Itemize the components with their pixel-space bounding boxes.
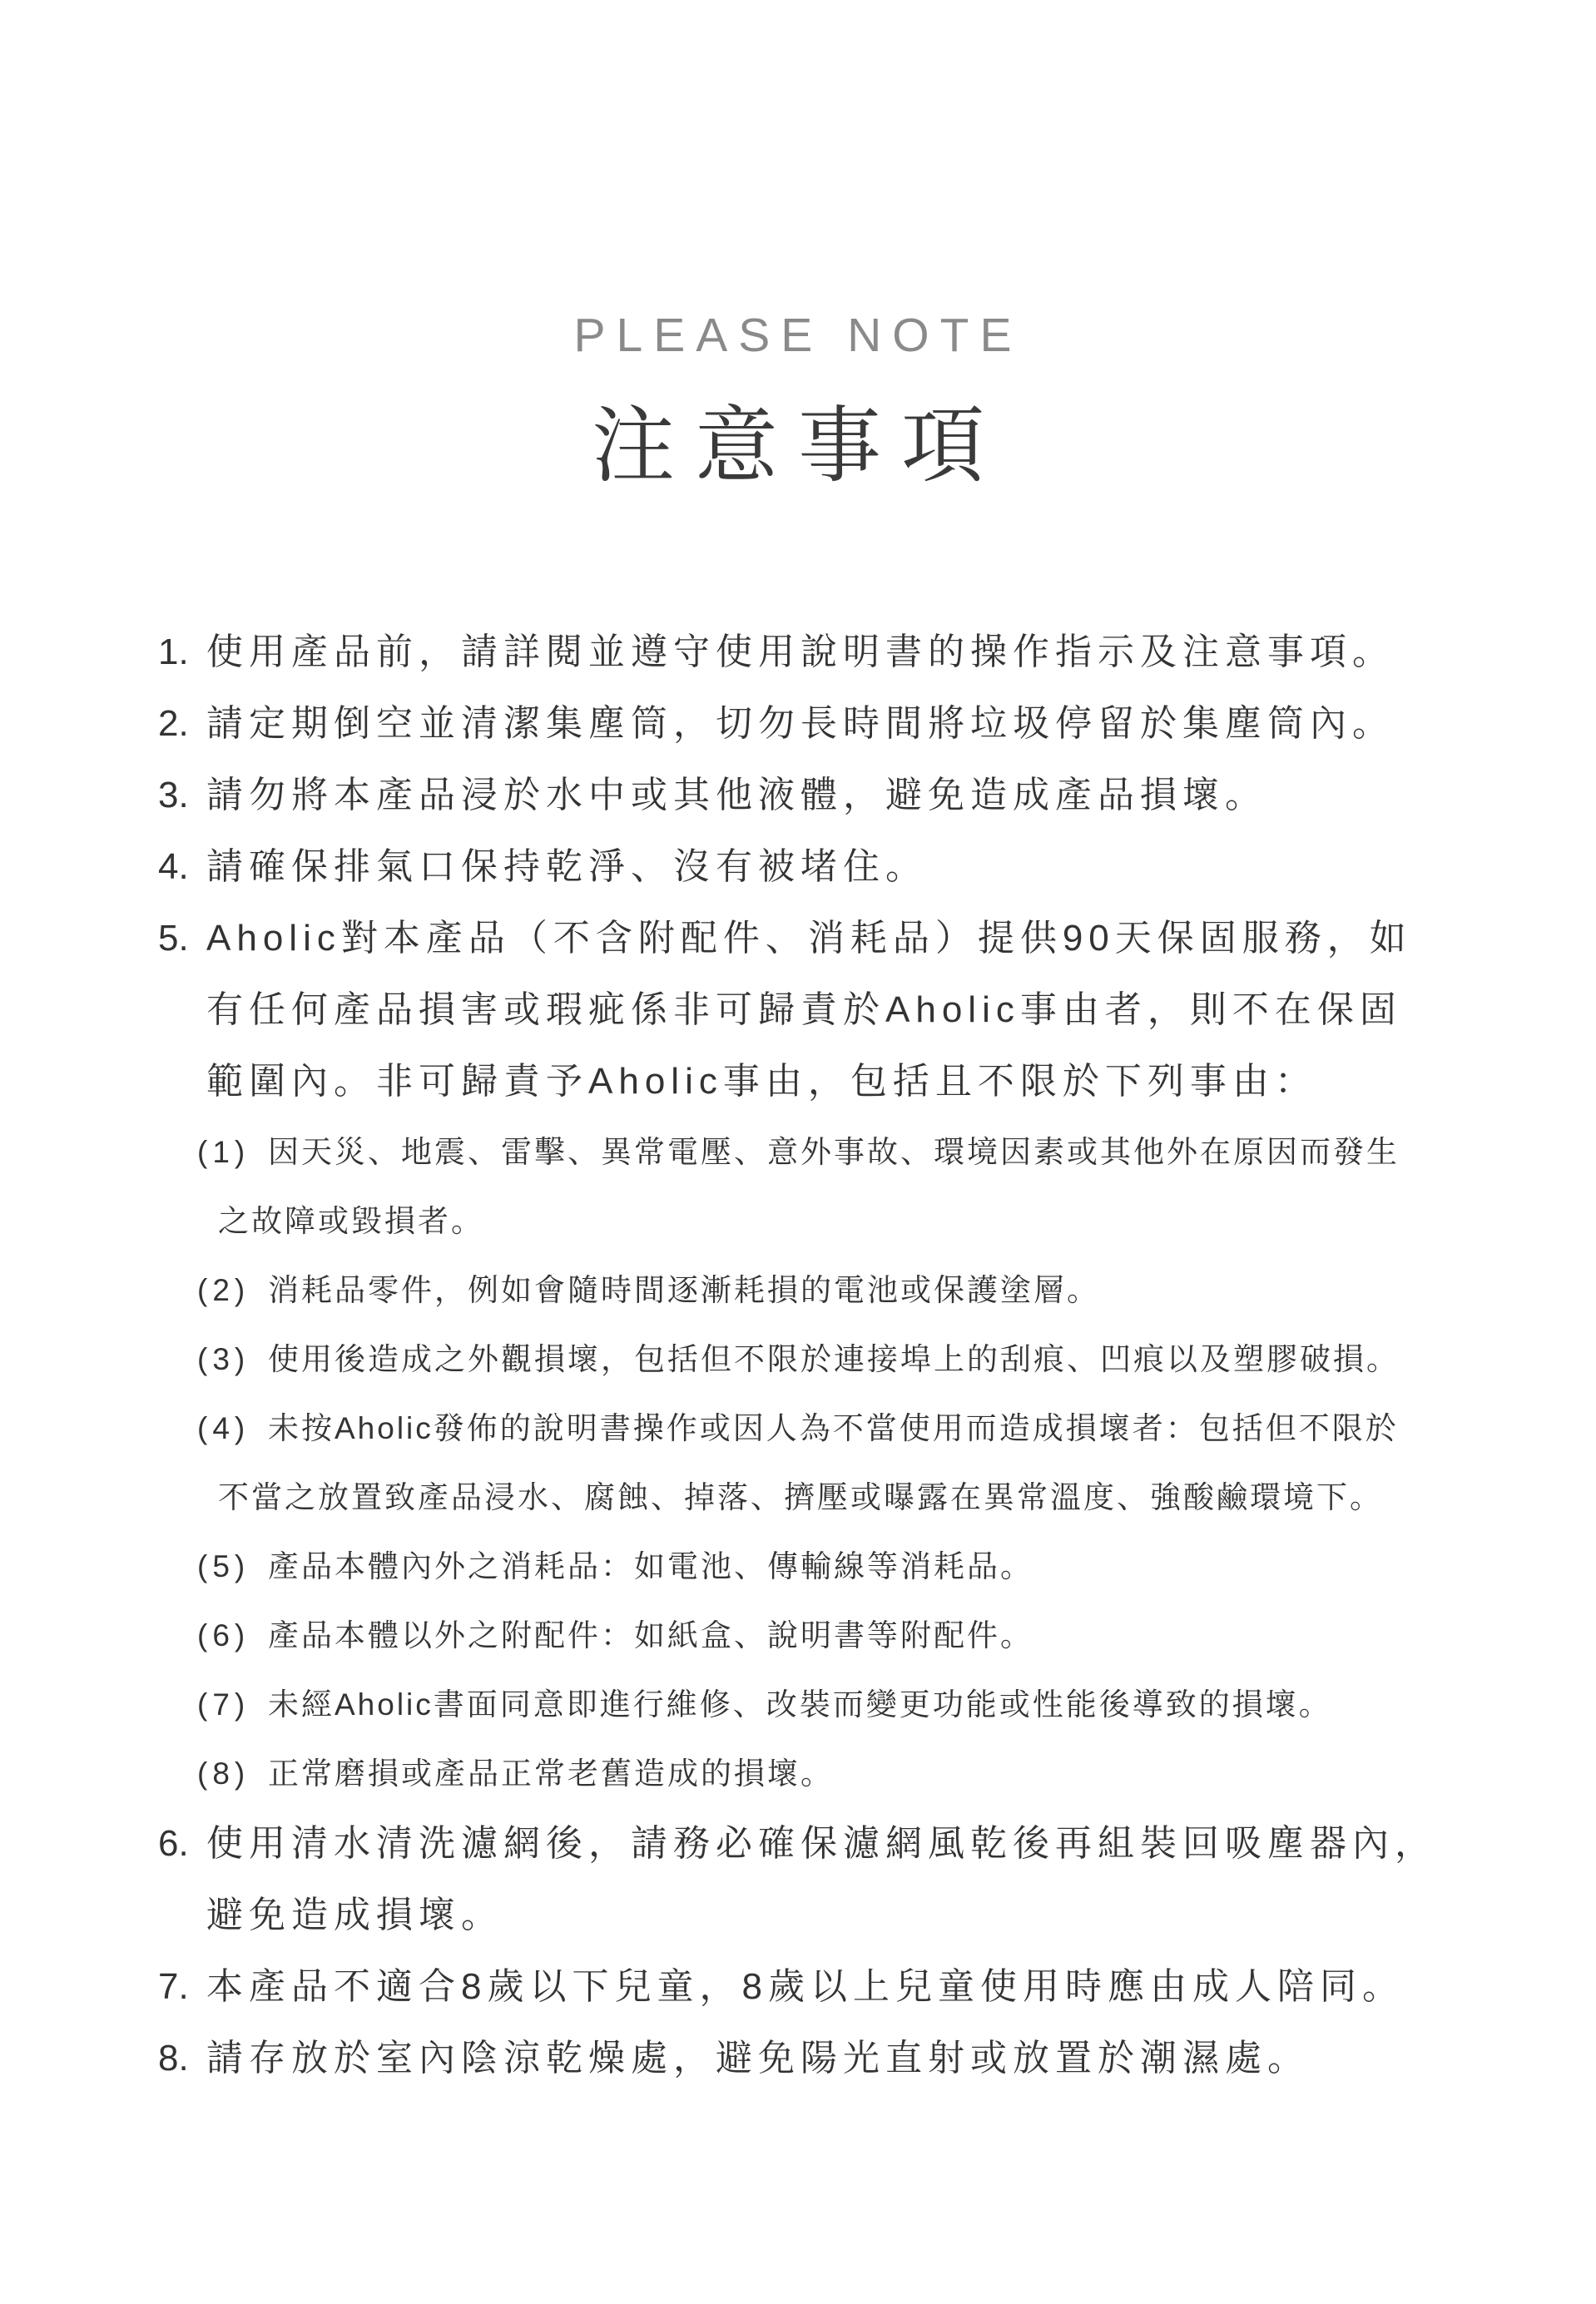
sub-note-line: 不當之放置致產品浸水、腐蝕、掉落、擠壓或曝露在異常溫度、強酸鹼環境下。	[197, 1463, 1531, 1532]
sub-note-number: (8)	[197, 1739, 268, 1808]
sub-note-number: (7)	[197, 1670, 268, 1739]
note-item: 6. 使用清水清洗濾網後，請務必確保濾網風乾後再組裝回吸塵器內， 避免造成損壞。	[158, 1808, 1531, 1951]
note-item: 2. 請定期倒空並清潔集塵筒，切勿長時間將垃圾停留於集塵筒內。	[158, 688, 1531, 760]
sub-note-line: (1)因天災、地震、雷擊、異常電壓、意外事故、環境因素或其他外在原因而發生	[197, 1117, 1531, 1187]
manual-page: PLEASE NOTE 注意事項 1. 使用產品前，請詳閱並遵守使用說明書的操作…	[0, 0, 1596, 2304]
note-item-line: 範圍內。非可歸責予Aholic事由，包括且不限於下列事由：	[206, 1046, 1531, 1117]
sub-note-item: (3)使用後造成之外觀損壞，包括但不限於連接埠上的刮痕、凹痕以及塑膠破損。	[197, 1325, 1531, 1394]
note-item: 5. Aholic對本產品（不含附配件、消耗品）提供90天保固服務，如 有任何產…	[158, 903, 1531, 1117]
sub-note-item: (8)正常磨損或產品正常老舊造成的損壞。	[197, 1739, 1531, 1808]
note-item-number: 2.	[158, 688, 206, 760]
note-item: 3. 請勿將本產品浸於水中或其他液體，避免造成產品損壞。	[158, 760, 1531, 831]
note-item-line: 避免造成損壞。	[206, 1880, 1531, 1951]
note-item-line: 使用清水清洗濾網後，請務必確保濾網風乾後再組裝回吸塵器內，	[206, 1808, 1531, 1880]
note-item-line: 有任何產品損害或瑕疵係非可歸責於Aholic事由者，則不在保固	[206, 974, 1531, 1046]
note-item-line: 本產品不適合8歲以下兒童，8歲以上兒童使用時應由成人陪同。	[206, 1951, 1531, 2023]
sub-note-item: (4)未按Aholic發佈的說明書操作或因人為不當使用而造成損壞者：包括但不限於…	[197, 1394, 1531, 1532]
sub-note-line: (8)正常磨損或產品正常老舊造成的損壞。	[197, 1739, 1531, 1808]
note-item-number: 1.	[158, 617, 206, 688]
note-item-number: 3.	[158, 760, 206, 831]
note-item-line: 請確保排氣口保持乾淨、沒有被堵住。	[206, 831, 1531, 903]
note-item-line: Aholic對本產品（不含附配件、消耗品）提供90天保固服務，如	[206, 903, 1531, 974]
notes-list: 1. 使用產品前，請詳閱並遵守使用說明書的操作指示及注意事項。 2. 請定期倒空…	[158, 617, 1531, 2094]
sub-note-item: (2)消耗品零件，例如會隨時間逐漸耗損的電池或保護塗層。	[197, 1256, 1531, 1325]
note-item: 7. 本產品不適合8歲以下兒童，8歲以上兒童使用時應由成人陪同。	[158, 1951, 1531, 2023]
sub-note-line: (5)產品本體內外之消耗品：如電池、傳輸線等消耗品。	[197, 1532, 1531, 1601]
note-item-group: 5. Aholic對本產品（不含附配件、消耗品）提供90天保固服務，如 有任何產…	[158, 903, 1531, 1808]
sub-note-number: (5)	[197, 1532, 268, 1601]
sub-note-line: (4)未按Aholic發佈的說明書操作或因人為不當使用而造成損壞者：包括但不限於	[197, 1394, 1531, 1463]
note-item-number: 6.	[158, 1808, 206, 1880]
note-item-line: 請存放於室內陰涼乾燥處，避免陽光直射或放置於潮濕處。	[206, 2023, 1531, 2094]
sub-note-list: (1)因天災、地震、雷擊、異常電壓、意外事故、環境因素或其他外在原因而發生 之故…	[197, 1117, 1531, 1808]
sub-note-number: (6)	[197, 1601, 268, 1670]
note-item-number: 5.	[158, 903, 206, 974]
note-item: 8. 請存放於室內陰涼乾燥處，避免陽光直射或放置於潮濕處。	[158, 2023, 1531, 2094]
sub-note-item: (6)產品本體以外之附配件：如紙盒、說明書等附配件。	[197, 1601, 1531, 1670]
sub-note-line: (3)使用後造成之外觀損壞，包括但不限於連接埠上的刮痕、凹痕以及塑膠破損。	[197, 1325, 1531, 1394]
note-item-line: 請定期倒空並清潔集塵筒，切勿長時間將垃圾停留於集塵筒內。	[206, 688, 1531, 760]
note-item-line: 請勿將本產品浸於水中或其他液體，避免造成產品損壞。	[206, 760, 1531, 831]
sub-note-item: (1)因天災、地震、雷擊、異常電壓、意外事故、環境因素或其他外在原因而發生 之故…	[197, 1117, 1531, 1256]
sub-note-number: (2)	[197, 1256, 268, 1325]
page-title: 注意事項	[0, 379, 1596, 498]
sub-note-number: (4)	[197, 1394, 268, 1463]
sub-note-line: (7)未經Aholic書面同意即進行維修、改裝而變更功能或性能後導致的損壞。	[197, 1670, 1531, 1739]
note-item: 4. 請確保排氣口保持乾淨、沒有被堵住。	[158, 831, 1531, 903]
sub-note-item: (5)產品本體內外之消耗品：如電池、傳輸線等消耗品。	[197, 1532, 1531, 1601]
sub-note-line: 之故障或毀損者。	[197, 1187, 1531, 1256]
note-item-number: 8.	[158, 2023, 206, 2094]
note-item-number: 7.	[158, 1951, 206, 2023]
sub-note-line: (2)消耗品零件，例如會隨時間逐漸耗損的電池或保護塗層。	[197, 1256, 1531, 1325]
sub-note-line: (6)產品本體以外之附配件：如紙盒、說明書等附配件。	[197, 1601, 1531, 1670]
sub-note-number: (1)	[197, 1117, 268, 1187]
note-item: 1. 使用產品前，請詳閱並遵守使用說明書的操作指示及注意事項。	[158, 617, 1531, 688]
sub-note-item: (7)未經Aholic書面同意即進行維修、改裝而變更功能或性能後導致的損壞。	[197, 1670, 1531, 1739]
note-item-number: 4.	[158, 831, 206, 903]
please-note-subtitle: PLEASE NOTE	[0, 308, 1596, 363]
sub-note-number: (3)	[197, 1325, 268, 1394]
note-item-line: 使用產品前，請詳閱並遵守使用說明書的操作指示及注意事項。	[206, 617, 1531, 688]
